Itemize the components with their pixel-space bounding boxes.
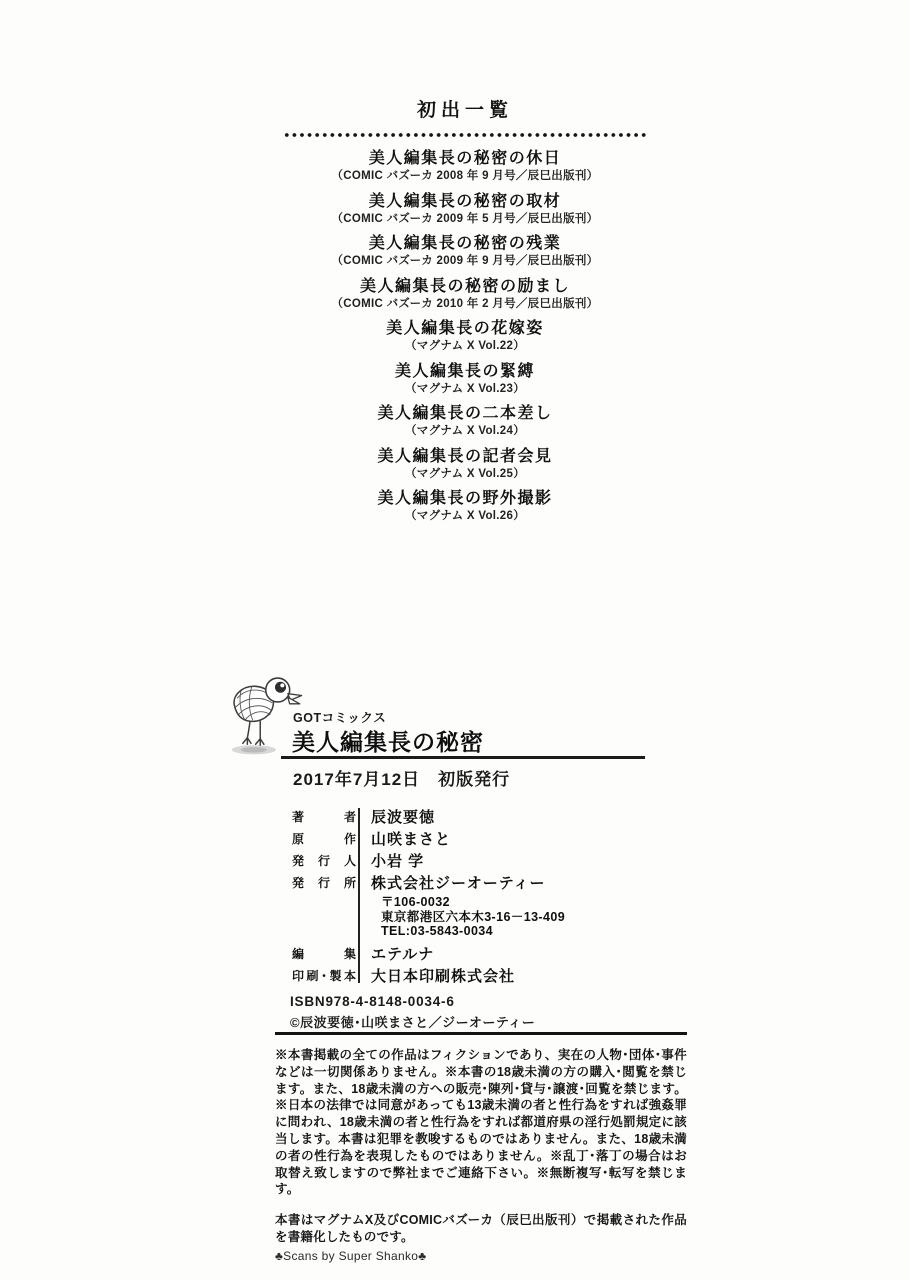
publication-entry: 美人編集長の秘密の休日 （COMIC バズーカ 2008 年 9 月号／辰巳出版… [265,149,665,184]
entry-source: （COMIC バズーカ 2009 年 5 月号／辰巳出版刊） [265,212,665,227]
entry-title: 美人編集長の緊縛 [265,362,665,382]
credit-value: 辰波要徳 [356,806,435,827]
publication-entry: 美人編集長の秘密の励まし （COMIC バズーカ 2010 年 2 月号／辰巳出… [265,277,665,312]
credit-value: 小岩 学 [356,850,424,871]
credit-row-author: 著者 辰波要徳 [292,805,647,827]
legal-disclaimer: ※本書掲載の全ての作品はフィクションであり、実在の人物･団体･事件などは一切関係… [275,1047,687,1198]
scan-credit: ♣Scans by Super Shanko♣ [275,1249,687,1263]
publication-entry: 美人編集長の野外撮影 （マグナム X Vol.26） [265,489,665,524]
legal-notice-section: ※本書掲載の全ての作品はフィクションであり、実在の人物･団体･事件などは一切関係… [275,1032,687,1263]
credit-value: 山咲まさと [356,828,451,849]
publication-entry: 美人編集長の秘密の残業 （COMIC バズーカ 2009 年 9 月号／辰巳出版… [265,234,665,269]
first-publication-title: 初出一覧 [265,95,665,122]
entry-source: （マグナム X Vol.25） [265,467,665,482]
entry-source: （マグナム X Vol.26） [265,509,665,524]
first-publication-section: 初出一覧 美人編集長の秘密の休日 （COMIC バズーカ 2008 年 9 月号… [265,95,665,532]
credit-row-original: 原作 山咲まさと [292,827,647,849]
entry-title: 美人編集長の野外撮影 [265,489,665,509]
credit-row-phone: TEL:03-5843-0034 [292,923,647,938]
credit-row-editing: 編集 エテルナ [292,942,647,964]
source-note: 本書はマグナムX及びCOMICバズーカ（辰巳出版刊）で掲載された作品を書籍化した… [275,1212,687,1246]
isbn: ISBN978-4-8148-0034-6 [290,994,455,1009]
credit-row-printing: 印刷･製本 大日本印刷株式会社 [292,964,647,986]
entry-title: 美人編集長の秘密の励まし [265,277,665,297]
credits-table: 著者 辰波要徳 原作 山咲まさと 発行人 小岩 学 発行所 株式会社ジーオーティ… [292,805,647,986]
book-colophon-page: 初出一覧 美人編集長の秘密の休日 （COMIC バズーカ 2008 年 9 月号… [0,0,910,1280]
credit-value: エテルナ [356,943,434,964]
publication-entry: 美人編集長の二本差し （マグナム X Vol.24） [265,404,665,439]
publication-entry: 美人編集長の花嫁姿 （マグナム X Vol.22） [265,319,665,354]
credit-label: 著者 [292,808,356,825]
entry-title: 美人編集長の記者会見 [265,447,665,467]
entry-title: 美人編集長の花嫁姿 [265,319,665,339]
book-title: 美人編集長の秘密 [292,724,484,757]
entry-source: （マグナム X Vol.24） [265,424,665,439]
publication-entry: 美人編集長の記者会見 （マグナム X Vol.25） [265,447,665,482]
publication-entry: 美人編集長の緊縛 （マグナム X Vol.23） [265,362,665,397]
legal-divider [275,1032,687,1035]
entry-source: （マグナム X Vol.22） [265,339,665,354]
entry-source: （COMIC バズーカ 2009 年 9 月号／辰巳出版刊） [265,254,665,269]
credit-label: 発行所 [292,874,356,891]
copyright-line: ©辰波要徳･山咲まさと／ジーオーティー [290,1012,535,1031]
entry-title: 美人編集長の秘密の取材 [265,192,665,212]
edition-date: 2017年7月12日 初版発行 [293,765,510,790]
entry-source: （COMIC バズーカ 2008 年 9 月号／辰巳出版刊） [265,169,665,184]
credit-value: 大日本印刷株式会社 [356,965,515,986]
entry-source: （COMIC バズーカ 2010 年 2 月号／辰巳出版刊） [265,297,665,312]
dotted-divider [283,133,647,137]
publication-entry: 美人編集長の秘密の取材 （COMIC バズーカ 2009 年 5 月号／辰巳出版… [265,192,665,227]
credit-label: 発行人 [292,852,356,869]
credit-value: TEL:03-5843-0034 [356,924,493,938]
title-underline [281,756,645,759]
entry-title: 美人編集長の秘密の休日 [265,149,665,169]
credit-row-publisher-person: 発行人 小岩 学 [292,849,647,871]
credit-row-publisher: 発行所 株式会社ジーオーティー [292,871,647,893]
entry-title: 美人編集長の二本差し [265,404,665,424]
entry-title: 美人編集長の秘密の残業 [265,234,665,254]
credit-label: 編集 [292,945,356,962]
entry-source: （マグナム X Vol.23） [265,382,665,397]
credit-value: 株式会社ジーオーティー [356,872,546,893]
credit-label: 印刷･製本 [292,967,356,984]
credit-label: 原作 [292,830,356,847]
credit-row-address: 東京都港区六本木3-16－13-409 [292,908,647,923]
publication-entries: 美人編集長の秘密の休日 （COMIC バズーカ 2008 年 9 月号／辰巳出版… [265,149,665,524]
credit-value: 東京都港区六本木3-16－13-409 [356,907,565,925]
